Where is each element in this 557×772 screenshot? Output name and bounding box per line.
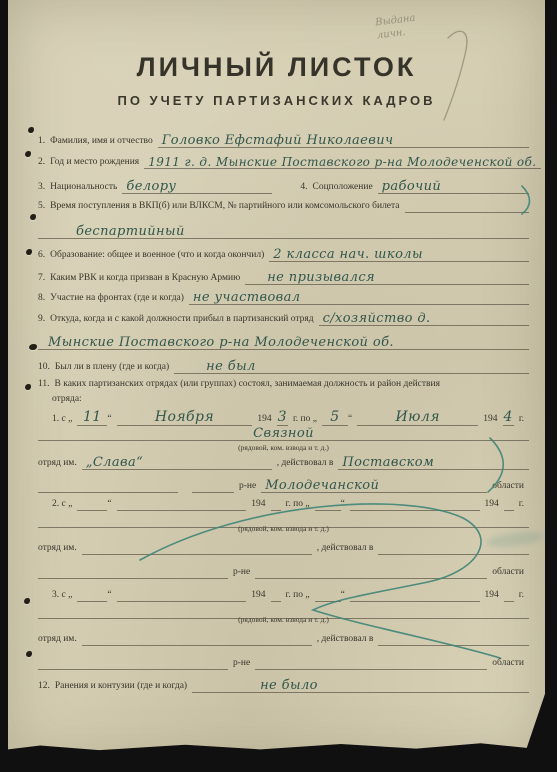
quote-mark: “	[341, 499, 345, 511]
punch-hole	[28, 127, 34, 133]
year-prefix: 194	[485, 499, 499, 511]
field-label: области	[492, 481, 524, 493]
position-caption: (рядовой, ком. взвода и т. д.)	[38, 524, 529, 533]
year-digit-line	[504, 498, 514, 511]
field-label: отряд им.	[38, 634, 77, 646]
month-to-line	[350, 589, 480, 602]
field-units-heading2: отряда:	[38, 394, 529, 406]
quote-mark: “	[107, 499, 111, 511]
month-to-line	[350, 498, 480, 511]
handwritten-value: не участвовал	[189, 290, 305, 306]
month-from-line: Ноября	[117, 407, 253, 426]
service-row3-dates: 3. с „ “ 194 г. по „ “ 194 г.	[38, 589, 529, 602]
day-from-line	[77, 589, 107, 602]
blank-line	[38, 657, 228, 670]
field-line: не было	[192, 676, 529, 693]
field-label: г. по „	[286, 590, 310, 602]
quote-mark: “	[107, 590, 111, 602]
document-page: Выдана личн. ЛИЧНЫЙ ЛИСТОК ПО УЧЕТУ ПАРТ…	[8, 0, 545, 760]
year-digit-line	[271, 589, 281, 602]
field-line: не призывался	[245, 268, 529, 285]
field-number: 7.	[38, 273, 45, 285]
field-surname: 1. Фамилия, имя и отчество Головко Ефста…	[38, 131, 529, 148]
service-row3-otryad: отряд им. , действовал в	[38, 633, 529, 646]
page-subtitle: ПО УЧЕТУ ПАРТИЗАНСКИХ КАДРОВ	[8, 93, 545, 108]
field-label: отряд им.	[38, 458, 77, 470]
field-label: области	[492, 567, 524, 579]
field-party-value: беспартийный	[38, 222, 529, 239]
field-label: Участие на фронтах (где и когда)	[50, 293, 184, 305]
field-number: 9.	[38, 314, 45, 326]
day-from-line	[77, 498, 107, 511]
field-birth: 2. Год и место рождения 1911 г. д. Мынск…	[38, 153, 529, 169]
field-label: Откуда, когда и с какой должности прибыл…	[50, 314, 313, 326]
field-line	[405, 200, 529, 213]
field-label: , действовал в	[317, 543, 374, 555]
field-captivity: 10. Был ли в плену (где и когда) не был	[38, 357, 529, 374]
position-caption: (рядовой, ком. взвода и т. д.)	[38, 443, 529, 452]
service-row1-dates: 1. с „ 11 “ Ноября 194 3 г. по „ 5 “ Июл…	[38, 407, 529, 426]
service-row1-position: Связной	[38, 424, 529, 441]
otryad-line	[82, 633, 312, 646]
handwritten-value: не призывался	[263, 270, 379, 286]
position-line: Связной	[38, 424, 529, 441]
month-from-line	[117, 589, 247, 602]
quote-mark: “	[341, 590, 345, 602]
field-fronts: 8. Участие на фронтах (где и когда) не у…	[38, 288, 529, 305]
month-to-line: Июля	[357, 407, 478, 426]
punch-hole	[25, 151, 31, 157]
field-rvk: 7. Каким РВК и когда призван в Красную А…	[38, 268, 529, 285]
field-label: Ранения и контузии (где и когда)	[55, 681, 187, 693]
field-label: Был ли в плену (где и когда)	[55, 362, 169, 374]
field-label: В каких партизанских отрядах (или группа…	[55, 379, 440, 391]
field-number: 6.	[38, 250, 45, 262]
field-label: отряда:	[52, 394, 82, 406]
field-label: области	[492, 658, 524, 670]
service-row1-otryad: отряд им. „Слава“ , действовал в Поставс…	[38, 453, 529, 470]
field-label: р-не	[233, 658, 250, 670]
day-to-line: 5	[322, 407, 348, 426]
field-label: Образование: общее и военное (что и когд…	[50, 250, 264, 262]
field-label: Год и место рождения	[50, 157, 139, 169]
year-prefix: 194	[251, 499, 265, 511]
field-line: Мынские Поставского р-на Молодеченской о…	[38, 333, 529, 350]
field-label: Соцположение	[312, 182, 372, 194]
year-digit-line: 4	[503, 407, 514, 426]
handwritten-value: беспартийный	[72, 224, 189, 240]
field-number: 8.	[38, 293, 45, 305]
field-nationality-social: 3. Национальность белору 4. Соцположение…	[38, 177, 529, 194]
day-to-line	[315, 589, 341, 602]
service-row2-district: р-не области	[38, 566, 529, 579]
field-label: 3. с „	[52, 590, 72, 602]
field-label: Фамилия, имя и отчество	[50, 136, 153, 148]
punch-hole	[29, 344, 37, 350]
service-row2-otryad: отряд им. , действовал в	[38, 542, 529, 555]
field-line: 1911 г. д. Мынские Поставского р-на Моло…	[144, 153, 540, 169]
field-line: не участвовал	[189, 288, 529, 305]
year-prefix: 194	[251, 590, 265, 602]
field-line: не был	[174, 357, 529, 374]
field-line: рабочий	[378, 177, 529, 194]
district-line	[255, 566, 487, 579]
blank-line	[38, 480, 178, 493]
field-number: 12.	[38, 681, 50, 693]
field-number: 3.	[38, 182, 45, 194]
field-number: 10.	[38, 362, 50, 374]
service-row2-dates: 2. с „ “ 194 г. по „ “ 194 г.	[38, 498, 529, 511]
handwritten-value: 1911 г. д. Мынские Поставского р-на Моло…	[144, 155, 540, 170]
page-title: ЛИЧНЫЙ ЛИСТОК	[8, 52, 545, 83]
field-number: 2.	[38, 157, 45, 169]
field-units-heading: 11. В каких партизанских отрядах (или гр…	[38, 379, 529, 391]
handwritten-position: Связной	[249, 426, 318, 442]
handwritten-value: белору	[122, 179, 180, 195]
field-label: отряд им.	[38, 543, 77, 555]
field-party: 5. Время поступления в ВКП(б) или ВЛКСМ,…	[38, 200, 529, 213]
field-label: 2. с „	[52, 499, 72, 511]
handwritten-value: не было	[256, 678, 322, 694]
year-digit-line	[271, 498, 281, 511]
field-line: беспартийный	[38, 222, 529, 239]
pencil-annotation: Выдана личн.	[375, 12, 418, 43]
field-label: р-не	[239, 481, 256, 493]
blank-line	[192, 480, 234, 493]
day-from-line: 11	[77, 407, 107, 426]
year-digit-line: 3	[277, 407, 288, 426]
service-row3-district: р-не области	[38, 657, 529, 670]
handwritten-otryad: „Слава“	[82, 455, 147, 471]
field-label: р-не	[233, 567, 250, 579]
service-row1-district: р-не Молодечанской области	[38, 476, 529, 493]
field-line: Головко Ефстафий Николаевич	[158, 131, 529, 148]
handwritten-value: 2 класса нач. школы	[269, 247, 427, 263]
field-wounds: 12. Ранения и контузии (где и когда) не …	[38, 676, 529, 693]
otryad-line: „Слава“	[82, 453, 272, 470]
field-line: белору	[122, 177, 272, 194]
punch-hole	[25, 384, 31, 390]
field-label: Время поступления в ВКП(б) или ВЛКСМ, № …	[50, 201, 399, 213]
field-line: с/хозяйство д.	[319, 309, 529, 326]
punch-hole	[26, 651, 32, 657]
punch-hole	[30, 214, 36, 220]
field-education: 6. Образование: общее и военное (что и к…	[38, 245, 529, 262]
handwritten-value: с/хозяйство д.	[319, 311, 435, 327]
blank-line	[38, 566, 228, 579]
year-digit-line	[504, 589, 514, 602]
punch-hole	[26, 249, 32, 255]
field-number: 5.	[38, 201, 45, 213]
field-label: , действовал в	[277, 458, 334, 470]
field-number: 11.	[38, 379, 50, 391]
handwritten-value: не был	[202, 359, 260, 375]
month-from-line	[117, 498, 247, 511]
field-number: 1.	[38, 136, 45, 148]
field-number: 4.	[300, 182, 307, 194]
field-line: 2 класса нач. школы	[269, 245, 529, 262]
acted-line	[378, 633, 529, 646]
district-line: Молодечанской	[261, 476, 487, 493]
district-line	[255, 657, 487, 670]
otryad-line	[82, 542, 312, 555]
field-label: г.	[519, 590, 524, 602]
position-caption: (рядовой, ком. взвода и т. д.)	[38, 615, 529, 624]
field-label: г. по „	[286, 499, 310, 511]
field-label: Национальность	[50, 182, 117, 194]
acted-line: Поставском	[338, 453, 529, 470]
handwritten-district: Молодечанской	[261, 478, 383, 494]
punch-hole	[24, 598, 30, 604]
day-to-line	[315, 498, 341, 511]
year-prefix: 194	[485, 590, 499, 602]
field-label: Каким РВК и когда призван в Красную Арми…	[50, 273, 240, 285]
handwritten-value: Мынские Поставского р-на Молодеченской о…	[44, 335, 398, 351]
field-origin: 9. Откуда, когда и с какой должности при…	[38, 309, 529, 326]
handwritten-value: Головко Ефстафий Николаевич	[158, 133, 398, 149]
handwritten-acted-in: Поставском	[338, 455, 438, 471]
handwritten-value: рабочий	[378, 179, 445, 195]
field-origin-line2: Мынские Поставского р-на Молодеченской о…	[38, 333, 529, 350]
field-label: , действовал в	[317, 634, 374, 646]
field-label: г.	[519, 499, 524, 511]
